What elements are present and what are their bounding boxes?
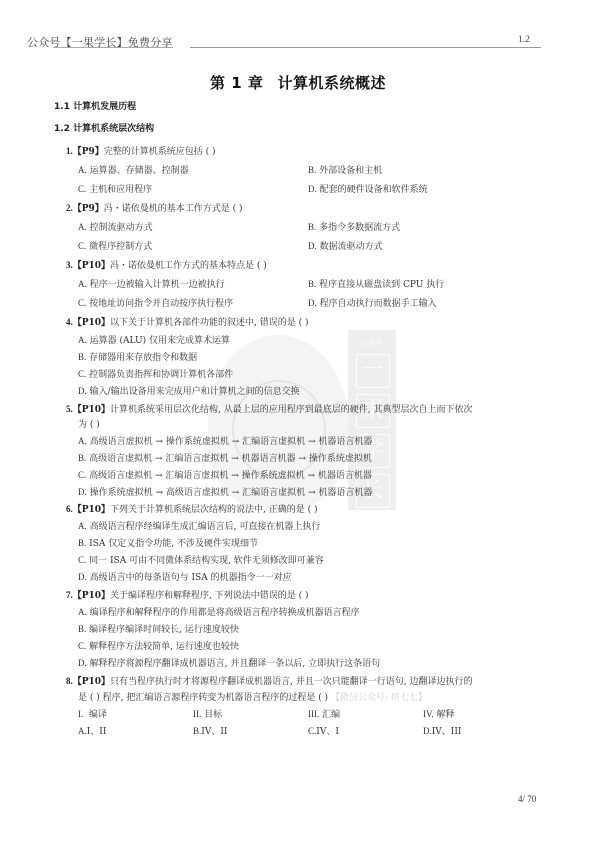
option-label: A. — [78, 726, 87, 736]
question-1-stem: 1.【P9】完整的计算机系统应包括 ( ) — [66, 144, 216, 157]
item-label: IV. — [423, 709, 434, 719]
question-8-item-2: II. 目标 — [193, 707, 222, 720]
option-label: D. — [78, 487, 87, 497]
question-text: 完整的计算机系统应包括 ( ) — [104, 147, 216, 157]
option-text: 输入/输出设备用来完成用户和计算机之间的信息交换 — [90, 387, 300, 397]
option-label: C. — [78, 298, 86, 308]
option-text: 解释程序方法较简单, 运行速度也较快 — [89, 642, 239, 652]
option-text: I、II — [87, 727, 107, 737]
option-label: A. — [78, 436, 87, 446]
option-text: IV、II — [201, 727, 227, 737]
section-number: 1.2 — [54, 124, 70, 134]
question-4-option-d: D. 输入/输出设备用来完成用户和计算机之间的信息交换 — [78, 384, 300, 397]
item-label: I. — [78, 709, 83, 719]
chapter-number: 第 1 章 — [210, 74, 263, 92]
option-label: D. — [308, 241, 317, 251]
option-text: IV、I — [316, 727, 339, 737]
question-8-option-a: A.I、II — [78, 724, 106, 737]
option-text: 微程序控制方式 — [89, 242, 152, 252]
question-8-item-4: IV. 解释 — [423, 707, 454, 720]
question-source: 【P10】 — [73, 261, 110, 271]
question-7-option-d: D. 解释程序将源程序翻译成机器语言, 并且翻译一条以后, 立即执行这条语句 — [78, 656, 380, 669]
page-number: 4/ 70 — [518, 794, 536, 804]
option-text: 控制流驱动方式 — [90, 223, 153, 233]
option-label: B. — [78, 538, 86, 548]
question-text: 以下关于计算机各部件功能的叙述中, 错误的是 ( ) — [110, 318, 308, 328]
option-text: IV、III — [432, 727, 462, 737]
question-8-option-b: B.IV、II — [193, 724, 227, 737]
section-number: 1.1 — [54, 102, 70, 112]
option-label: A. — [78, 279, 87, 289]
question-source: 【P10】 — [73, 677, 110, 687]
header-rule — [190, 47, 541, 48]
question-source: 【P9】 — [73, 204, 104, 214]
question-8-option-d: D.IV、III — [423, 724, 461, 737]
question-2-option-a: A. 控制流驱动方式 — [78, 220, 153, 233]
question-8-option-c: C.IV、I — [308, 724, 339, 737]
question-number: 1. — [66, 146, 73, 156]
question-3-option-d: D. 程序自动执行而数据手工输入 — [308, 296, 437, 309]
option-text: 高级语言虚拟机 → 操作系统虚拟机 → 汇编语言虚拟机 → 机器语言机器 — [90, 437, 373, 447]
question-text: 计算机系统采用层次化结构, 从最上层的应用程序到最底层的硬件, 其典型层次自上而… — [110, 405, 472, 415]
option-text: 操作系统虚拟机 → 高级语言虚拟机 → 汇编语言虚拟机 → 机器语言机器 — [90, 488, 373, 498]
question-number: 5. — [66, 404, 73, 414]
option-label: A. — [78, 165, 87, 175]
question-5-option-d: D. 操作系统虚拟机 → 高级语言虚拟机 → 汇编语言虚拟机 → 机器语言机器 — [78, 485, 372, 498]
item-text: 解释 — [436, 710, 454, 720]
option-text: 高级语言程序经编译生成汇编语言后, 可直接在机器上执行 — [90, 522, 321, 532]
question-2-stem: 2.【P9】冯・诺依曼机的基本工作方式是 ( ) — [66, 201, 243, 214]
section-title: 计算机发展历程 — [73, 102, 136, 112]
question-5-option-a: A. 高级语言虚拟机 → 操作系统虚拟机 → 汇编语言虚拟机 → 机器语言机器 — [78, 434, 372, 447]
option-label: C. — [78, 241, 86, 251]
option-text: 控制器负责指挥和协调计算机各部件 — [89, 370, 233, 380]
option-text: 存储器用来存放指令和数据 — [89, 353, 197, 363]
option-text: 按地址访问指令并自动按序执行程序 — [89, 299, 233, 309]
section-title: 计算机系统层次结构 — [73, 124, 154, 134]
question-6-option-c: C. 同一 ISA 可由不同微体系结构实现, 软件无须修改即可兼容 — [78, 553, 324, 566]
item-text: 汇编 — [322, 710, 340, 720]
question-3-stem: 3.【P10】冯・诺依曼机工作方式的基本特点是 ( ) — [66, 258, 267, 271]
question-1-option-a: A. 运算器、存储器、控制器 — [78, 163, 189, 176]
question-7-option-a: A. 编译程序和解释程序的作用都是将高级语言程序转换成机器语言程序 — [78, 605, 360, 618]
question-6-option-d: D. 高级语言中的每条语句与 ISA 的机器指令一一对应 — [78, 570, 292, 583]
question-7-option-c: C. 解释程序方法较简单, 运行速度也较快 — [78, 639, 239, 652]
watermark-note: 【微信公众号: 研七七】 — [331, 693, 427, 703]
question-3-option-a: A. 程序一边被输入计算机一边被执行 — [78, 277, 225, 290]
option-label: B. — [308, 165, 316, 175]
option-label: A. — [78, 335, 87, 345]
question-2-option-b: B. 多指令多数据流方式 — [308, 220, 400, 233]
question-number: 8. — [66, 676, 73, 686]
section-heading-1-2: 1.2 计算机系统层次结构 — [54, 121, 154, 134]
option-label: C. — [78, 641, 86, 651]
question-source: 【P10】 — [73, 591, 110, 601]
option-label: D. — [308, 184, 317, 194]
question-3-option-b: B. 程序直接从磁盘读到 CPU 执行 — [308, 277, 444, 290]
question-3-option-c: C. 按地址访问指令并自动按序执行程序 — [78, 296, 233, 309]
question-number: 6. — [66, 504, 73, 514]
question-text: 冯・诺依曼机的基本工作方式是 ( ) — [104, 204, 243, 214]
question-source: 【P10】 — [73, 318, 110, 328]
option-label: C. — [78, 470, 86, 480]
question-number: 4. — [66, 317, 73, 327]
chapter-title: 第 1 章计算机系统概述 — [0, 72, 596, 93]
item-label: II. — [193, 709, 201, 719]
option-text: 程序一边被输入计算机一边被执行 — [90, 280, 225, 290]
question-text: 是 ( ) 程序, 把汇编语言源程序转变为机器语言程序的过程是 ( ) — [78, 693, 328, 703]
question-5-option-b: B. 高级语言虚拟机 → 汇编语言虚拟机 → 机器语言机器 → 操作系统虚拟机 — [78, 451, 372, 464]
option-label: B. — [308, 222, 316, 232]
question-8-item-1: I. 编译 — [78, 707, 107, 720]
option-label: D. — [78, 572, 87, 582]
question-1-option-b: B. 外部设备和主机 — [308, 163, 382, 176]
option-text: 高级语言虚拟机 → 汇编语言虚拟机 → 机器语言机器 → 操作系统虚拟机 — [89, 454, 372, 464]
option-label: B. — [308, 279, 316, 289]
watermark-seal-label: 公众号 — [348, 338, 396, 348]
item-text: 目标 — [204, 710, 222, 720]
question-2-option-c: C. 微程序控制方式 — [78, 239, 152, 252]
question-6-stem: 6.【P10】下列关于计算机系统层次结构的说法中, 正确的是 ( ) — [66, 502, 318, 515]
option-text: 多指令多数据流方式 — [319, 223, 400, 233]
option-label: B. — [78, 352, 86, 362]
option-label: A. — [78, 607, 87, 617]
option-text: 运算器、存储器、控制器 — [90, 166, 189, 176]
section-heading-1-1: 1.1 计算机发展历程 — [54, 99, 136, 112]
option-text: 高级语言中的每条语句与 ISA 的机器指令一一对应 — [90, 573, 292, 583]
option-label: D. — [78, 386, 87, 396]
question-text: 冯・诺依曼机工作方式的基本特点是 ( ) — [110, 261, 267, 271]
watermark-seal-char: 一 — [356, 354, 390, 388]
question-8-item-3: III. 汇编 — [308, 707, 340, 720]
option-label: C. — [78, 555, 86, 565]
option-text: 程序直接从磁盘读到 CPU 执行 — [319, 280, 444, 290]
question-text: 下列关于计算机系统层次结构的说法中, 正确的是 ( ) — [110, 505, 317, 515]
chapter-name: 计算机系统概述 — [277, 74, 386, 92]
option-text: 主机和应用程序 — [89, 185, 152, 195]
option-text: 运算器 (ALU) 仅用来完成算术运算 — [90, 336, 230, 346]
option-label: B. — [78, 453, 86, 463]
question-5-option-c: C. 高级语言虚拟机 → 汇编语言虚拟机 → 操作系统虚拟机 → 机器语言机器 — [78, 468, 372, 481]
option-label: D. — [308, 298, 317, 308]
option-text: 程序自动执行而数据手工输入 — [320, 299, 437, 309]
question-source: 【P10】 — [73, 505, 110, 515]
question-5-stem: 5.【P10】计算机系统采用层次化结构, 从最上层的应用程序到最底层的硬件, 其… — [66, 402, 473, 415]
question-number: 7. — [66, 590, 73, 600]
question-text: 只有当程序执行时才将源程序翻译成机器语言, 并且一次只能翻译一行语句, 边翻译边… — [110, 677, 472, 687]
question-1-option-d: D. 配套的硬件设备和软件系统 — [308, 182, 428, 195]
question-7-option-b: B. 编译程序编译时间较长, 运行速度较快 — [78, 622, 239, 635]
question-4-option-c: C. 控制器负责指挥和协调计算机各部件 — [78, 367, 233, 380]
option-text: 编译程序编译时间较长, 运行速度较快 — [89, 625, 239, 635]
question-source: 【P9】 — [73, 147, 104, 157]
option-label: A. — [78, 521, 87, 531]
option-label: D. — [78, 658, 87, 668]
option-label: A. — [78, 222, 87, 232]
item-label: III. — [308, 709, 319, 719]
option-text: 数据流驱动方式 — [320, 242, 383, 252]
question-4-option-a: A. 运算器 (ALU) 仅用来完成算术运算 — [78, 333, 230, 346]
item-text: 编译 — [89, 710, 107, 720]
option-text: 高级语言虚拟机 → 汇编语言虚拟机 → 操作系统虚拟机 → 机器语言机器 — [89, 471, 372, 481]
option-label: B. — [78, 624, 86, 634]
question-4-stem: 4.【P10】以下关于计算机各部件功能的叙述中, 错误的是 ( ) — [66, 315, 309, 328]
option-text: 解释程序将源程序翻译成机器语言, 并且翻译一条以后, 立即执行这条语句 — [90, 659, 380, 669]
header-underline — [53, 47, 173, 48]
question-1-option-c: C. 主机和应用程序 — [78, 182, 152, 195]
option-text: 外部设备和主机 — [319, 166, 382, 176]
option-text: 配套的硬件设备和软件系统 — [320, 185, 428, 195]
question-5-stem-continued: 为 ( ) — [78, 417, 100, 430]
question-6-option-b: B. ISA 仅定义指令功能, 不涉及硬件实现细节 — [78, 536, 258, 549]
option-text: 编译程序和解释程序的作用都是将高级语言程序转换成机器语言程序 — [90, 608, 360, 618]
question-number: 3. — [66, 260, 73, 270]
question-6-option-a: A. 高级语言程序经编译生成汇编语言后, 可直接在机器上执行 — [78, 519, 320, 532]
question-7-stem: 7.【P10】关于编译程序和解释程序, 下列说法中错误的是 ( ) — [66, 588, 309, 601]
option-label: C. — [78, 369, 86, 379]
question-number: 2. — [66, 203, 73, 213]
question-8-stem-continued: 是 ( ) 程序, 把汇编语言源程序转变为机器语言程序的过程是 ( ) 【微信公… — [78, 690, 427, 703]
option-text: ISA 仅定义指令功能, 不涉及硬件实现细节 — [89, 539, 258, 549]
question-text: 关于编译程序和解释程序, 下列说法中错误的是 ( ) — [110, 591, 308, 601]
question-2-option-d: D. 数据流驱动方式 — [308, 239, 383, 252]
question-8-stem: 8.【P10】只有当程序执行时才将源程序翻译成机器语言, 并且一次只能翻译一行语… — [66, 674, 473, 687]
watermark-seal: 公众号 一 果 学 长 — [348, 330, 396, 510]
option-label: C. — [78, 184, 86, 194]
option-label: D. — [423, 726, 432, 736]
question-source: 【P10】 — [73, 405, 110, 415]
question-4-option-b: B. 存储器用来存放指令和数据 — [78, 350, 197, 363]
header-section-ref: 1.2 — [518, 35, 530, 45]
option-text: 同一 ISA 可由不同微体系结构实现, 软件无须修改即可兼容 — [89, 556, 324, 566]
